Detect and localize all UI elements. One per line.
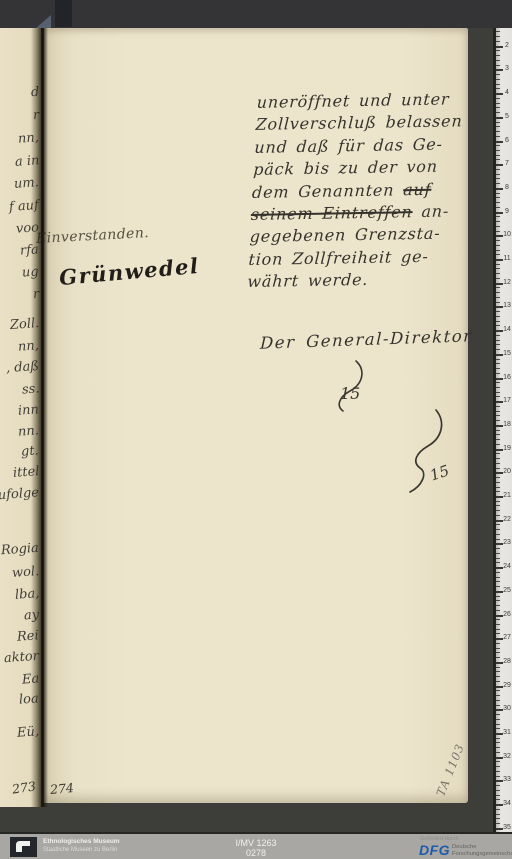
ruler-tick bbox=[496, 302, 500, 303]
ruler-tick bbox=[496, 131, 500, 132]
ruler-number: 17 bbox=[502, 397, 512, 404]
ruler-tick bbox=[496, 325, 500, 326]
ruler-tick bbox=[496, 818, 500, 819]
ruler-tick bbox=[496, 742, 500, 743]
ruler-number: 27 bbox=[502, 634, 512, 641]
text-segment: währt werde. bbox=[247, 270, 369, 291]
ruler-tick bbox=[496, 74, 500, 75]
ruler-number: 32 bbox=[502, 753, 512, 760]
ruler-tick bbox=[496, 245, 500, 246]
ruler-number: 23 bbox=[502, 539, 512, 546]
ruler-tick bbox=[496, 529, 500, 530]
ruler-number: 18 bbox=[502, 421, 512, 428]
ruler-tick bbox=[496, 705, 500, 706]
ruler-tick bbox=[496, 411, 500, 412]
struck-text: auf bbox=[403, 179, 432, 199]
ruler-tick bbox=[496, 31, 500, 32]
book-gutter-shadow bbox=[31, 27, 48, 807]
page-number-right: 274 bbox=[49, 780, 74, 797]
ruler-tick bbox=[496, 643, 500, 644]
ruler-tick bbox=[496, 690, 500, 691]
ruler-tick bbox=[496, 458, 500, 459]
ruler-number: 22 bbox=[502, 516, 512, 523]
ruler-tick bbox=[496, 814, 500, 815]
ruler-tick bbox=[496, 84, 500, 85]
ruler-tick bbox=[496, 363, 500, 364]
ruler-number: 4 bbox=[502, 89, 512, 96]
ruler-tick bbox=[496, 648, 500, 649]
ruler-number: 34 bbox=[502, 800, 512, 807]
ruler-tick bbox=[496, 193, 500, 194]
ruler-tick bbox=[496, 487, 500, 488]
ruler-tick bbox=[496, 202, 500, 203]
ruler-tick bbox=[496, 785, 500, 786]
ruler-number: 2 bbox=[502, 42, 512, 49]
ruler-tick bbox=[496, 695, 500, 696]
ruler-number: 26 bbox=[502, 611, 512, 618]
manuscript-page: uneröffnet und unterZollverschluß belass… bbox=[44, 28, 468, 803]
ruler-tick bbox=[496, 524, 500, 525]
ruler-tick bbox=[496, 809, 500, 810]
ruler-tick bbox=[496, 823, 500, 824]
paraph-flourish-1: 15 bbox=[326, 358, 372, 416]
text-segment: dem Genannten bbox=[252, 180, 404, 202]
ruler-tick bbox=[496, 221, 500, 222]
ruler-number: 19 bbox=[502, 445, 512, 452]
ruler-tick bbox=[496, 297, 500, 298]
text-segment: an- bbox=[412, 201, 450, 221]
ruler-tick bbox=[496, 340, 500, 341]
ruler-number: 30 bbox=[502, 705, 512, 712]
text-segment: tion Zollfreiheit ge- bbox=[248, 247, 429, 269]
ruler-tick bbox=[496, 728, 500, 729]
flourish-stroke-icon bbox=[392, 406, 454, 498]
ruler-tick bbox=[496, 254, 500, 255]
ruler-tick bbox=[496, 368, 500, 369]
ruler-tick bbox=[496, 216, 500, 217]
ruler-tick bbox=[496, 790, 500, 791]
ruler-number: 24 bbox=[502, 563, 512, 570]
digitization-footer: Ethnologisches Museum Staatliche Museen … bbox=[0, 832, 512, 859]
paraph-flourish-2: 15 bbox=[392, 406, 454, 498]
ruler-tick bbox=[496, 477, 500, 478]
ruler-number: 5 bbox=[502, 113, 512, 120]
ruler-tick bbox=[496, 79, 500, 80]
ruler-tick bbox=[496, 268, 500, 269]
text-segment: gegebenen Grenzsta- bbox=[249, 224, 441, 246]
ruler-tick bbox=[496, 287, 500, 288]
ruler-tick bbox=[496, 311, 500, 312]
ruler-number: 10 bbox=[502, 231, 512, 238]
ruler-tick bbox=[496, 406, 500, 407]
ruler-tick bbox=[496, 278, 500, 279]
text-segment: und daß für das Ge- bbox=[254, 134, 443, 156]
ruler-tick bbox=[496, 136, 500, 137]
ruler-tick bbox=[496, 359, 500, 360]
ruler-tick bbox=[496, 534, 500, 535]
ruler-tick bbox=[496, 112, 500, 113]
ruler-tick bbox=[496, 55, 500, 56]
ruler-tick bbox=[496, 231, 500, 232]
ruler-number: 15 bbox=[502, 350, 512, 357]
ruler-number: 12 bbox=[502, 279, 512, 286]
ruler-tick bbox=[496, 667, 500, 668]
ruler-tick bbox=[496, 415, 500, 416]
scanned-archive-page: drnn,a inum.f aufvoorfaugrZoll.nn,, daßs… bbox=[0, 0, 512, 859]
ruler-tick bbox=[496, 420, 500, 421]
handwritten-line: währt werde. bbox=[247, 268, 470, 294]
ruler-tick bbox=[496, 515, 500, 516]
approval-note: Einverstanden. bbox=[36, 225, 150, 247]
ruler-tick bbox=[496, 586, 500, 587]
ruler-number: 31 bbox=[502, 729, 512, 736]
ruler-tick bbox=[496, 159, 500, 160]
ruler-tick bbox=[496, 562, 500, 563]
ruler-tick bbox=[496, 453, 500, 454]
ruler-tick bbox=[496, 169, 500, 170]
funder-name: Deutsche Forschungsgemeinschaft bbox=[452, 844, 512, 857]
ruler-number: 21 bbox=[502, 492, 512, 499]
ruler-number: 14 bbox=[502, 326, 512, 333]
ruler-tick bbox=[496, 174, 500, 175]
ruler-number: 6 bbox=[502, 137, 512, 144]
ruler-tick bbox=[496, 122, 500, 123]
text-segment: päck bis zu der von bbox=[253, 157, 439, 179]
ruler-tick bbox=[496, 747, 500, 748]
ruler-tick bbox=[496, 572, 500, 573]
signature-gruenwedel: Grünwedel bbox=[58, 253, 200, 290]
ruler-tick bbox=[496, 316, 500, 317]
ruler-tick bbox=[496, 36, 500, 37]
closing-line: Der General-Direktor bbox=[260, 326, 473, 352]
ruler-tick bbox=[496, 145, 500, 146]
ruler-tick bbox=[496, 714, 500, 715]
ruler-tick bbox=[496, 482, 500, 483]
ruler-number: 28 bbox=[502, 658, 512, 665]
ruler-tick bbox=[496, 510, 500, 511]
ruler-tick bbox=[496, 50, 500, 51]
ruler-tick bbox=[496, 197, 500, 198]
ruler-tick bbox=[496, 292, 500, 293]
scan-background-top bbox=[0, 0, 512, 28]
ruler-tick bbox=[496, 577, 500, 578]
ruler-tick bbox=[496, 382, 500, 383]
ruler-tick bbox=[496, 724, 500, 725]
text-segment: uneröffnet und unter bbox=[256, 89, 450, 111]
ruler-tick bbox=[496, 41, 500, 42]
ruler-tick bbox=[496, 624, 500, 625]
ruler-tick bbox=[496, 505, 500, 506]
ruler-tick bbox=[496, 776, 500, 777]
ruler-tick bbox=[496, 539, 500, 540]
ruler-tick bbox=[496, 183, 500, 184]
ruler-tick bbox=[496, 434, 500, 435]
ruler-tick bbox=[496, 98, 500, 99]
ruler-number: 11 bbox=[502, 255, 512, 262]
ruler-tick bbox=[496, 719, 500, 720]
ruler-tick bbox=[496, 738, 500, 739]
ruler-tick bbox=[496, 610, 500, 611]
ruler-tick bbox=[496, 619, 500, 620]
ruler-number: 7 bbox=[502, 160, 512, 167]
bookmark-tab bbox=[55, 0, 72, 27]
ruler-tick bbox=[496, 430, 500, 431]
ruler-tick bbox=[496, 264, 500, 265]
ruler-tick bbox=[496, 761, 500, 762]
ruler-tick bbox=[496, 387, 500, 388]
ruler-tick bbox=[496, 771, 500, 772]
letter-body-text: uneröffnet und unterZollverschluß belass… bbox=[247, 89, 480, 295]
ruler-tick bbox=[496, 671, 500, 672]
ruler-tick bbox=[496, 681, 500, 682]
paraph-number-1: 15 bbox=[340, 384, 360, 403]
ruler-tick bbox=[496, 240, 500, 241]
ruler-tick bbox=[496, 657, 500, 658]
ruler-tick bbox=[496, 548, 500, 549]
ruler-tick bbox=[496, 226, 500, 227]
ruler-tick bbox=[496, 558, 500, 559]
ruler-tick bbox=[496, 795, 500, 796]
dfg-logo: DFG bbox=[419, 842, 450, 858]
ruler-tick bbox=[496, 207, 500, 208]
ruler-tick bbox=[496, 629, 500, 630]
ruler-tick bbox=[496, 439, 500, 440]
ruler-tick bbox=[496, 155, 500, 156]
ruler-tick bbox=[496, 335, 500, 336]
ruler-number: 29 bbox=[502, 682, 512, 689]
ruler-tick bbox=[496, 344, 500, 345]
ruler-tick bbox=[496, 88, 500, 89]
ruler-number: 3 bbox=[502, 65, 512, 72]
text-segment: Zollverschluß belassen bbox=[255, 112, 463, 135]
struck-text: seinem Eintreffen bbox=[250, 202, 413, 224]
ruler-tick bbox=[496, 392, 500, 393]
ruler-tick bbox=[496, 178, 500, 179]
ruler-tick bbox=[496, 581, 500, 582]
ruler-tick bbox=[496, 600, 500, 601]
ruler-number: 33 bbox=[502, 776, 512, 783]
ruler-tick bbox=[496, 799, 500, 800]
measurement-ruler: cm 1234567891011121314151617181920212223… bbox=[496, 0, 512, 834]
ruler-tick bbox=[496, 553, 500, 554]
ruler-number: 25 bbox=[502, 587, 512, 594]
ruler-tick bbox=[496, 752, 500, 753]
ruler-tick bbox=[496, 273, 500, 274]
ruler-tick bbox=[496, 60, 500, 61]
ruler-tick bbox=[496, 373, 500, 374]
ruler-tick bbox=[496, 605, 500, 606]
ruler-number: 13 bbox=[502, 302, 512, 309]
ruler-tick bbox=[496, 65, 500, 66]
ruler-tick bbox=[496, 491, 500, 492]
ruler-tick bbox=[496, 766, 500, 767]
ruler-tick bbox=[496, 321, 500, 322]
ruler-tick bbox=[496, 676, 500, 677]
ruler-tick bbox=[496, 700, 500, 701]
ruler-tick bbox=[496, 444, 500, 445]
inventory-annotation: TA 1103 bbox=[433, 728, 472, 798]
funder-line2: Forschungsgemeinschaft bbox=[452, 851, 512, 858]
ruler-tick bbox=[496, 396, 500, 397]
ruler-tick bbox=[496, 468, 500, 469]
ruler-tick bbox=[496, 107, 500, 108]
ruler-number: 35 bbox=[502, 824, 512, 831]
ruler-tick bbox=[496, 652, 500, 653]
ruler-tick bbox=[496, 150, 500, 151]
ruler-tick bbox=[496, 633, 500, 634]
ruler-number: 16 bbox=[502, 374, 512, 381]
ruler-tick bbox=[496, 463, 500, 464]
ruler-tick bbox=[496, 349, 500, 350]
ruler-number: 9 bbox=[502, 208, 512, 215]
ruler-number: 8 bbox=[502, 184, 512, 191]
ruler-number: 20 bbox=[502, 468, 512, 475]
ruler-tick bbox=[496, 501, 500, 502]
ruler-tick bbox=[496, 103, 500, 104]
ruler-tick bbox=[496, 596, 500, 597]
ruler-tick bbox=[496, 126, 500, 127]
ruler-tick bbox=[496, 250, 500, 251]
